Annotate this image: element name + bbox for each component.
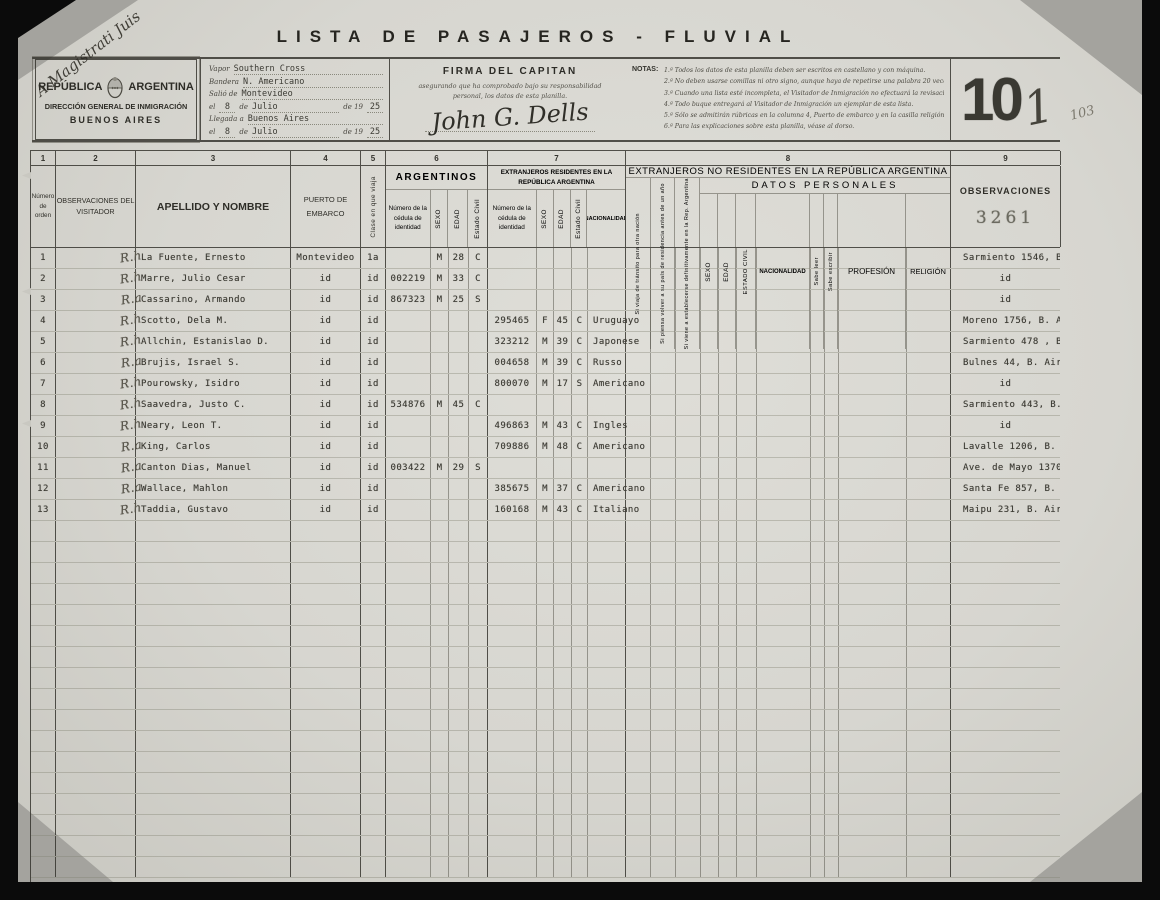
cell-profesion: [839, 605, 907, 625]
cell-arg-estado-civil: [469, 437, 488, 457]
cell-nacionalidad: Russo: [588, 353, 626, 373]
cell-religion: [907, 500, 951, 520]
cell-arg-sexo: [431, 542, 449, 562]
cell-nr-nacionalidad: [757, 647, 811, 667]
cell-observaciones: Sarmiento 443, B. Aires: [951, 395, 1060, 415]
column-number: 3: [136, 151, 291, 165]
cell-name: [136, 605, 291, 625]
cell-name: Allchin, Estanislao D.: [136, 332, 291, 352]
table-header: Número de orden OBSERVACIONES DEL VISITA…: [31, 166, 1060, 248]
cell-sabe-leer: [811, 479, 825, 499]
cell-arg-sexo: M: [431, 269, 449, 289]
cell-observaciones: Maipu 231, B. Aires: [951, 500, 1060, 520]
cell-arg-edad: 28: [449, 248, 469, 268]
cell-clase: id: [361, 479, 386, 499]
cell-religion: [907, 437, 951, 457]
cell-arg-cedula: [386, 479, 431, 499]
cell-religion: [907, 668, 951, 688]
cell-arg-cedula: [386, 857, 431, 877]
cell-arg-cedula: [386, 710, 431, 730]
header-clase-viaja: Clase en que viaja: [361, 166, 386, 247]
cell-observaciones: [951, 752, 1060, 772]
cell-ext-cedula: [488, 269, 537, 289]
cell-ext-edad: [554, 773, 572, 793]
cell-arg-cedula: [386, 542, 431, 562]
cell-ext-cedula: 004658: [488, 353, 537, 373]
cell-nr-sexo: [701, 416, 719, 436]
cell-nr-nacionalidad: [757, 395, 811, 415]
cell-name: Wallace, Mahlon: [136, 479, 291, 499]
cell-arg-edad: [449, 668, 469, 688]
cell-ext-sexo: [537, 731, 554, 751]
cell-religion: [907, 311, 951, 331]
cell-transito: [626, 857, 651, 877]
field-label: de 19: [343, 128, 363, 136]
cell-sabe-escribir: [825, 710, 839, 730]
cell-puerto: [291, 563, 361, 583]
cell-arg-sexo: [431, 605, 449, 625]
cell-visitor-mark: R.h: [56, 500, 136, 520]
cell-arg-estado-civil: [469, 332, 488, 352]
cell-ext-estado-civil: [572, 731, 588, 751]
cell-nr-sexo: [701, 374, 719, 394]
cell-arg-edad: 29: [449, 458, 469, 478]
cell-volver: [651, 836, 676, 856]
field-label: Llegada a: [209, 115, 244, 123]
cell-puerto: [291, 710, 361, 730]
cell-clase: id: [361, 458, 386, 478]
cell-sabe-leer: [811, 416, 825, 436]
cell-nr-estado-civil: [737, 416, 757, 436]
cell-ext-estado-civil: [572, 458, 588, 478]
cell-nr-edad: [719, 857, 737, 877]
cell-establecerse: [676, 395, 701, 415]
cell-visitor-mark: [56, 563, 136, 583]
cell-ext-edad: [554, 563, 572, 583]
cell-volver: [651, 416, 676, 436]
cell-arg-estado-civil: [469, 605, 488, 625]
cell-clase: [361, 731, 386, 751]
cell-establecerse: [676, 374, 701, 394]
cell-nr-sexo: [701, 395, 719, 415]
cell-sabe-leer: [811, 584, 825, 604]
cell-ext-estado-civil: [572, 857, 588, 877]
cell-ext-estado-civil: [572, 815, 588, 835]
cell-sabe-escribir: [825, 353, 839, 373]
cell-nr-estado-civil: [737, 458, 757, 478]
page-title: LISTA DE PASAJEROS - FLUVIAL: [18, 27, 1058, 47]
cell-ext-estado-civil: [572, 689, 588, 709]
cell-nr-nacionalidad: [757, 710, 811, 730]
cell-clase: [361, 668, 386, 688]
table-row: 2 R.h Marre, Julio Cesar id id 002219 M …: [31, 269, 1060, 290]
cell-volver: [651, 479, 676, 499]
cell-visitor-mark: [56, 584, 136, 604]
cell-arg-cedula: [386, 584, 431, 604]
cell-establecerse: [676, 605, 701, 625]
cell-sabe-leer: [811, 836, 825, 856]
cell-religion: [907, 353, 951, 373]
cell-sabe-leer: [811, 857, 825, 877]
cell-nacionalidad: [588, 248, 626, 268]
cell-arg-cedula: 534876: [386, 395, 431, 415]
cell-nr-nacionalidad: [757, 521, 811, 541]
cell-profesion: [839, 668, 907, 688]
cell-visitor-mark: R.a: [56, 479, 136, 499]
header-argentinos: ARGENTINOS: [386, 166, 487, 190]
cell-volver: [651, 710, 676, 730]
cell-establecerse: [676, 710, 701, 730]
cell-order-number: 7: [31, 374, 56, 394]
cell-volver: [651, 584, 676, 604]
cell-transito: [626, 647, 651, 667]
cell-ext-sexo: [537, 647, 554, 667]
cell-name: [136, 647, 291, 667]
cell-ext-edad: 48: [554, 437, 572, 457]
cell-arg-edad: [449, 311, 469, 331]
cell-observaciones: Moreno 1756, B. Aires: [951, 311, 1060, 331]
cell-observaciones: [951, 773, 1060, 793]
cell-nacionalidad: [588, 689, 626, 709]
cell-ext-edad: [554, 248, 572, 268]
cell-sabe-leer: [811, 689, 825, 709]
cell-ext-estado-civil: [572, 668, 588, 688]
cell-arg-sexo: [431, 479, 449, 499]
column-number: 4: [291, 151, 361, 165]
cell-volver: [651, 794, 676, 814]
cell-ext-edad: [554, 584, 572, 604]
cell-profesion: [839, 395, 907, 415]
cell-sabe-escribir: [825, 458, 839, 478]
cell-arg-sexo: [431, 647, 449, 667]
table-row: 9 R.h Neary, Leon T. id id 496863 M 43 C…: [31, 416, 1060, 437]
cell-sabe-leer: [811, 269, 825, 289]
cell-arg-estado-civil: [469, 689, 488, 709]
cell-visitor-mark: [56, 542, 136, 562]
cell-clase: [361, 521, 386, 541]
cell-sabe-leer: [811, 668, 825, 688]
cell-ext-cedula: [488, 773, 537, 793]
cell-nr-estado-civil: [737, 668, 757, 688]
cell-arg-cedula: [386, 689, 431, 709]
cell-ext-cedula: [488, 290, 537, 310]
cell-volver: [651, 731, 676, 751]
cell-arg-edad: [449, 752, 469, 772]
cell-sabe-escribir: [825, 605, 839, 625]
field-label: de: [239, 103, 248, 111]
cell-profesion: [839, 500, 907, 520]
cell-transito: [626, 626, 651, 646]
field-value: Southern Cross: [234, 64, 383, 75]
cell-observaciones: Bulnes 44, B. Aires: [951, 353, 1060, 373]
cell-nacionalidad: [588, 815, 626, 835]
cell-ext-estado-civil: [572, 248, 588, 268]
cell-observaciones: Sarmiento 1546, B. Aires: [951, 248, 1060, 268]
cell-arg-cedula: [386, 521, 431, 541]
cell-arg-edad: 25: [449, 290, 469, 310]
cell-sabe-escribir: [825, 794, 839, 814]
cell-ext-edad: 43: [554, 416, 572, 436]
cell-arg-edad: [449, 563, 469, 583]
cell-nr-sexo: [701, 311, 719, 331]
cell-profesion: [839, 416, 907, 436]
cell-nr-edad: [719, 374, 737, 394]
cell-nr-edad: [719, 269, 737, 289]
cell-clase: [361, 815, 386, 835]
cell-sabe-leer: [811, 752, 825, 772]
cell-arg-edad: 45: [449, 395, 469, 415]
cell-profesion: [839, 290, 907, 310]
table-row: [31, 626, 1060, 647]
column-number: 5: [361, 151, 386, 165]
column-number: 6: [386, 151, 488, 165]
cell-nr-sexo: [701, 584, 719, 604]
cell-sabe-escribir: [825, 689, 839, 709]
cell-visitor-mark: [56, 857, 136, 877]
cell-name: [136, 773, 291, 793]
cell-nr-edad: [719, 479, 737, 499]
cell-clase: [361, 584, 386, 604]
cell-puerto: id: [291, 374, 361, 394]
cell-order-number: [31, 773, 56, 793]
cell-arg-cedula: [386, 836, 431, 856]
cell-observaciones: id: [951, 416, 1060, 436]
cell-transito: [626, 773, 651, 793]
cell-profesion: [839, 689, 907, 709]
cell-religion: [907, 395, 951, 415]
cell-clase: id: [361, 332, 386, 352]
cell-profesion: [839, 311, 907, 331]
cell-name: [136, 836, 291, 856]
cell-nr-edad: [719, 794, 737, 814]
cell-ext-cedula: [488, 248, 537, 268]
cell-clase: [361, 626, 386, 646]
cell-volver: [651, 563, 676, 583]
field-label: Bandera: [209, 78, 239, 86]
cell-nacionalidad: [588, 626, 626, 646]
cell-nacionalidad: [588, 710, 626, 730]
cell-order-number: [31, 521, 56, 541]
cell-ext-cedula: 160168: [488, 500, 537, 520]
cell-ext-edad: [554, 269, 572, 289]
cell-religion: [907, 248, 951, 268]
cell-ext-cedula: [488, 521, 537, 541]
cell-observaciones: [951, 815, 1060, 835]
cell-arg-sexo: [431, 836, 449, 856]
cell-sabe-leer: [811, 311, 825, 331]
cell-ext-edad: [554, 395, 572, 415]
cell-religion: [907, 857, 951, 877]
cell-ext-edad: 39: [554, 353, 572, 373]
cell-transito: [626, 815, 651, 835]
cell-sabe-escribir: [825, 542, 839, 562]
cell-observaciones: id: [951, 374, 1060, 394]
cell-ext-edad: [554, 752, 572, 772]
cell-puerto: id: [291, 332, 361, 352]
cell-nr-sexo: [701, 647, 719, 667]
cell-clase: [361, 773, 386, 793]
table-row: [31, 668, 1060, 689]
cell-nr-nacionalidad: [757, 857, 811, 877]
cell-ext-sexo: M: [537, 353, 554, 373]
cell-nr-edad: [719, 836, 737, 856]
cell-nr-nacionalidad: [757, 311, 811, 331]
edad-label: EDAD: [454, 209, 461, 229]
cell-arg-edad: [449, 626, 469, 646]
cell-arg-estado-civil: S: [469, 290, 488, 310]
cell-nr-sexo: [701, 668, 719, 688]
cell-transito: [626, 794, 651, 814]
cell-arg-sexo: [431, 731, 449, 751]
cell-establecerse: [676, 542, 701, 562]
header-clase-viaja-label: Clase en que viaja: [370, 176, 377, 238]
cell-ext-edad: [554, 731, 572, 751]
cell-clase: id: [361, 374, 386, 394]
cell-order-number: 2: [31, 269, 56, 289]
cell-arg-sexo: [431, 689, 449, 709]
agency-country-right: ARGENTINA: [128, 81, 193, 93]
cell-nr-sexo: [701, 248, 719, 268]
cell-volver: [651, 647, 676, 667]
cell-visitor-mark: [56, 668, 136, 688]
cell-volver: [651, 374, 676, 394]
cell-ext-estado-civil: [572, 395, 588, 415]
cell-puerto: [291, 773, 361, 793]
header-ext-no-residentes: EXTRANJEROS NO RESIDENTES EN LA REPÚBLIC…: [626, 166, 950, 178]
column-number: 9: [951, 151, 1061, 165]
table-row: 3 R.a Cassarino, Armando id id 867323 M …: [31, 290, 1060, 311]
cell-ext-sexo: M: [537, 374, 554, 394]
cell-arg-cedula: [386, 500, 431, 520]
cell-sabe-escribir: [825, 269, 839, 289]
cell-nr-edad: [719, 689, 737, 709]
cell-ext-sexo: F: [537, 311, 554, 331]
cell-sabe-escribir: [825, 836, 839, 856]
cell-ext-estado-civil: [572, 542, 588, 562]
cell-nr-nacionalidad: [757, 731, 811, 751]
cell-nr-nacionalidad: [757, 668, 811, 688]
cell-establecerse: [676, 500, 701, 520]
cell-ext-estado-civil: C: [572, 500, 588, 520]
cell-volver: [651, 437, 676, 457]
cell-ext-cedula: 385675: [488, 479, 537, 499]
cell-observaciones: [951, 584, 1060, 604]
cell-order-number: [31, 857, 56, 877]
cell-nacionalidad: [588, 395, 626, 415]
cell-ext-estado-civil: [572, 626, 588, 646]
cell-visitor-mark: [56, 752, 136, 772]
cell-ext-estado-civil: [572, 584, 588, 604]
cell-ext-sexo: [537, 626, 554, 646]
cell-sabe-leer: [811, 605, 825, 625]
cell-ext-estado-civil: C: [572, 353, 588, 373]
cell-nr-estado-civil: [737, 269, 757, 289]
cell-religion: [907, 269, 951, 289]
cell-arg-estado-civil: [469, 815, 488, 835]
header-arg-estado-civil: Estado Civil: [468, 190, 487, 247]
cell-visitor-mark: R.h: [56, 248, 136, 268]
cell-sabe-escribir: [825, 290, 839, 310]
cell-religion: [907, 647, 951, 667]
cell-arg-sexo: [431, 437, 449, 457]
cell-nr-estado-civil: [737, 773, 757, 793]
cell-establecerse: [676, 689, 701, 709]
field-value: 8: [219, 127, 235, 138]
cell-puerto: [291, 794, 361, 814]
cell-puerto: id: [291, 353, 361, 373]
passenger-rows: 1 R.h La Fuente, Ernesto Montevideo 1a M…: [31, 248, 1060, 882]
binding-mark: [22, 172, 31, 179]
cell-puerto: id: [291, 290, 361, 310]
cell-nacionalidad: Americano: [588, 437, 626, 457]
cell-religion: [907, 458, 951, 478]
cell-profesion: [839, 815, 907, 835]
header-group-extranjeros-no-residentes: EXTRANJEROS NO RESIDENTES EN LA REPÚBLIC…: [626, 166, 951, 247]
header-arg-cedula: Número de la cédula de identidad: [386, 190, 431, 247]
cell-nacionalidad: Ingles: [588, 416, 626, 436]
cell-arg-sexo: [431, 752, 449, 772]
cell-arg-cedula: [386, 647, 431, 667]
table-row: 7 R.h Pourowsky, Isidro id id 800070 M 1…: [31, 374, 1060, 395]
cell-nr-edad: [719, 584, 737, 604]
cell-arg-estado-civil: [469, 836, 488, 856]
cell-arg-estado-civil: [469, 521, 488, 541]
cell-arg-edad: [449, 689, 469, 709]
cell-nr-estado-civil: [737, 752, 757, 772]
estado-civil-label: Estado Civil: [474, 199, 481, 239]
cell-sabe-escribir: [825, 752, 839, 772]
cell-establecerse: [676, 668, 701, 688]
cell-nr-estado-civil: [737, 395, 757, 415]
cell-clase: id: [361, 353, 386, 373]
cell-profesion: [839, 563, 907, 583]
cell-arg-edad: [449, 437, 469, 457]
cell-ext-sexo: [537, 248, 554, 268]
cell-nacionalidad: [588, 647, 626, 667]
cell-observaciones: id: [951, 290, 1060, 310]
cell-order-number: [31, 731, 56, 751]
cell-order-number: 6: [31, 353, 56, 373]
cell-nr-edad: [719, 290, 737, 310]
cell-nr-nacionalidad: [757, 542, 811, 562]
cell-nacionalidad: [588, 731, 626, 751]
cell-nr-edad: [719, 311, 737, 331]
cell-profesion: [839, 458, 907, 478]
cell-order-number: 3: [31, 290, 56, 310]
cell-religion: [907, 752, 951, 772]
cell-establecerse: [676, 584, 701, 604]
field-label: de 19: [343, 103, 363, 111]
cell-arg-estado-civil: [469, 311, 488, 331]
cell-puerto: id: [291, 311, 361, 331]
ship-field-bandera: Bandera N. Americano: [209, 77, 383, 90]
cell-observaciones: [951, 647, 1060, 667]
header-extres-sexo: SEXO: [537, 190, 554, 247]
cell-profesion: [839, 752, 907, 772]
cell-sabe-escribir: [825, 626, 839, 646]
field-label: de: [239, 128, 248, 136]
table-row: [31, 794, 1060, 815]
cell-name: [136, 857, 291, 877]
cell-nr-sexo: [701, 815, 719, 835]
cell-arg-estado-civil: [469, 647, 488, 667]
cell-profesion: [839, 248, 907, 268]
cell-name: Scotto, Dela M.: [136, 311, 291, 331]
cell-nr-estado-civil: [737, 689, 757, 709]
cell-sabe-escribir: [825, 500, 839, 520]
cell-arg-sexo: M: [431, 395, 449, 415]
cell-ext-cedula: 323212: [488, 332, 537, 352]
